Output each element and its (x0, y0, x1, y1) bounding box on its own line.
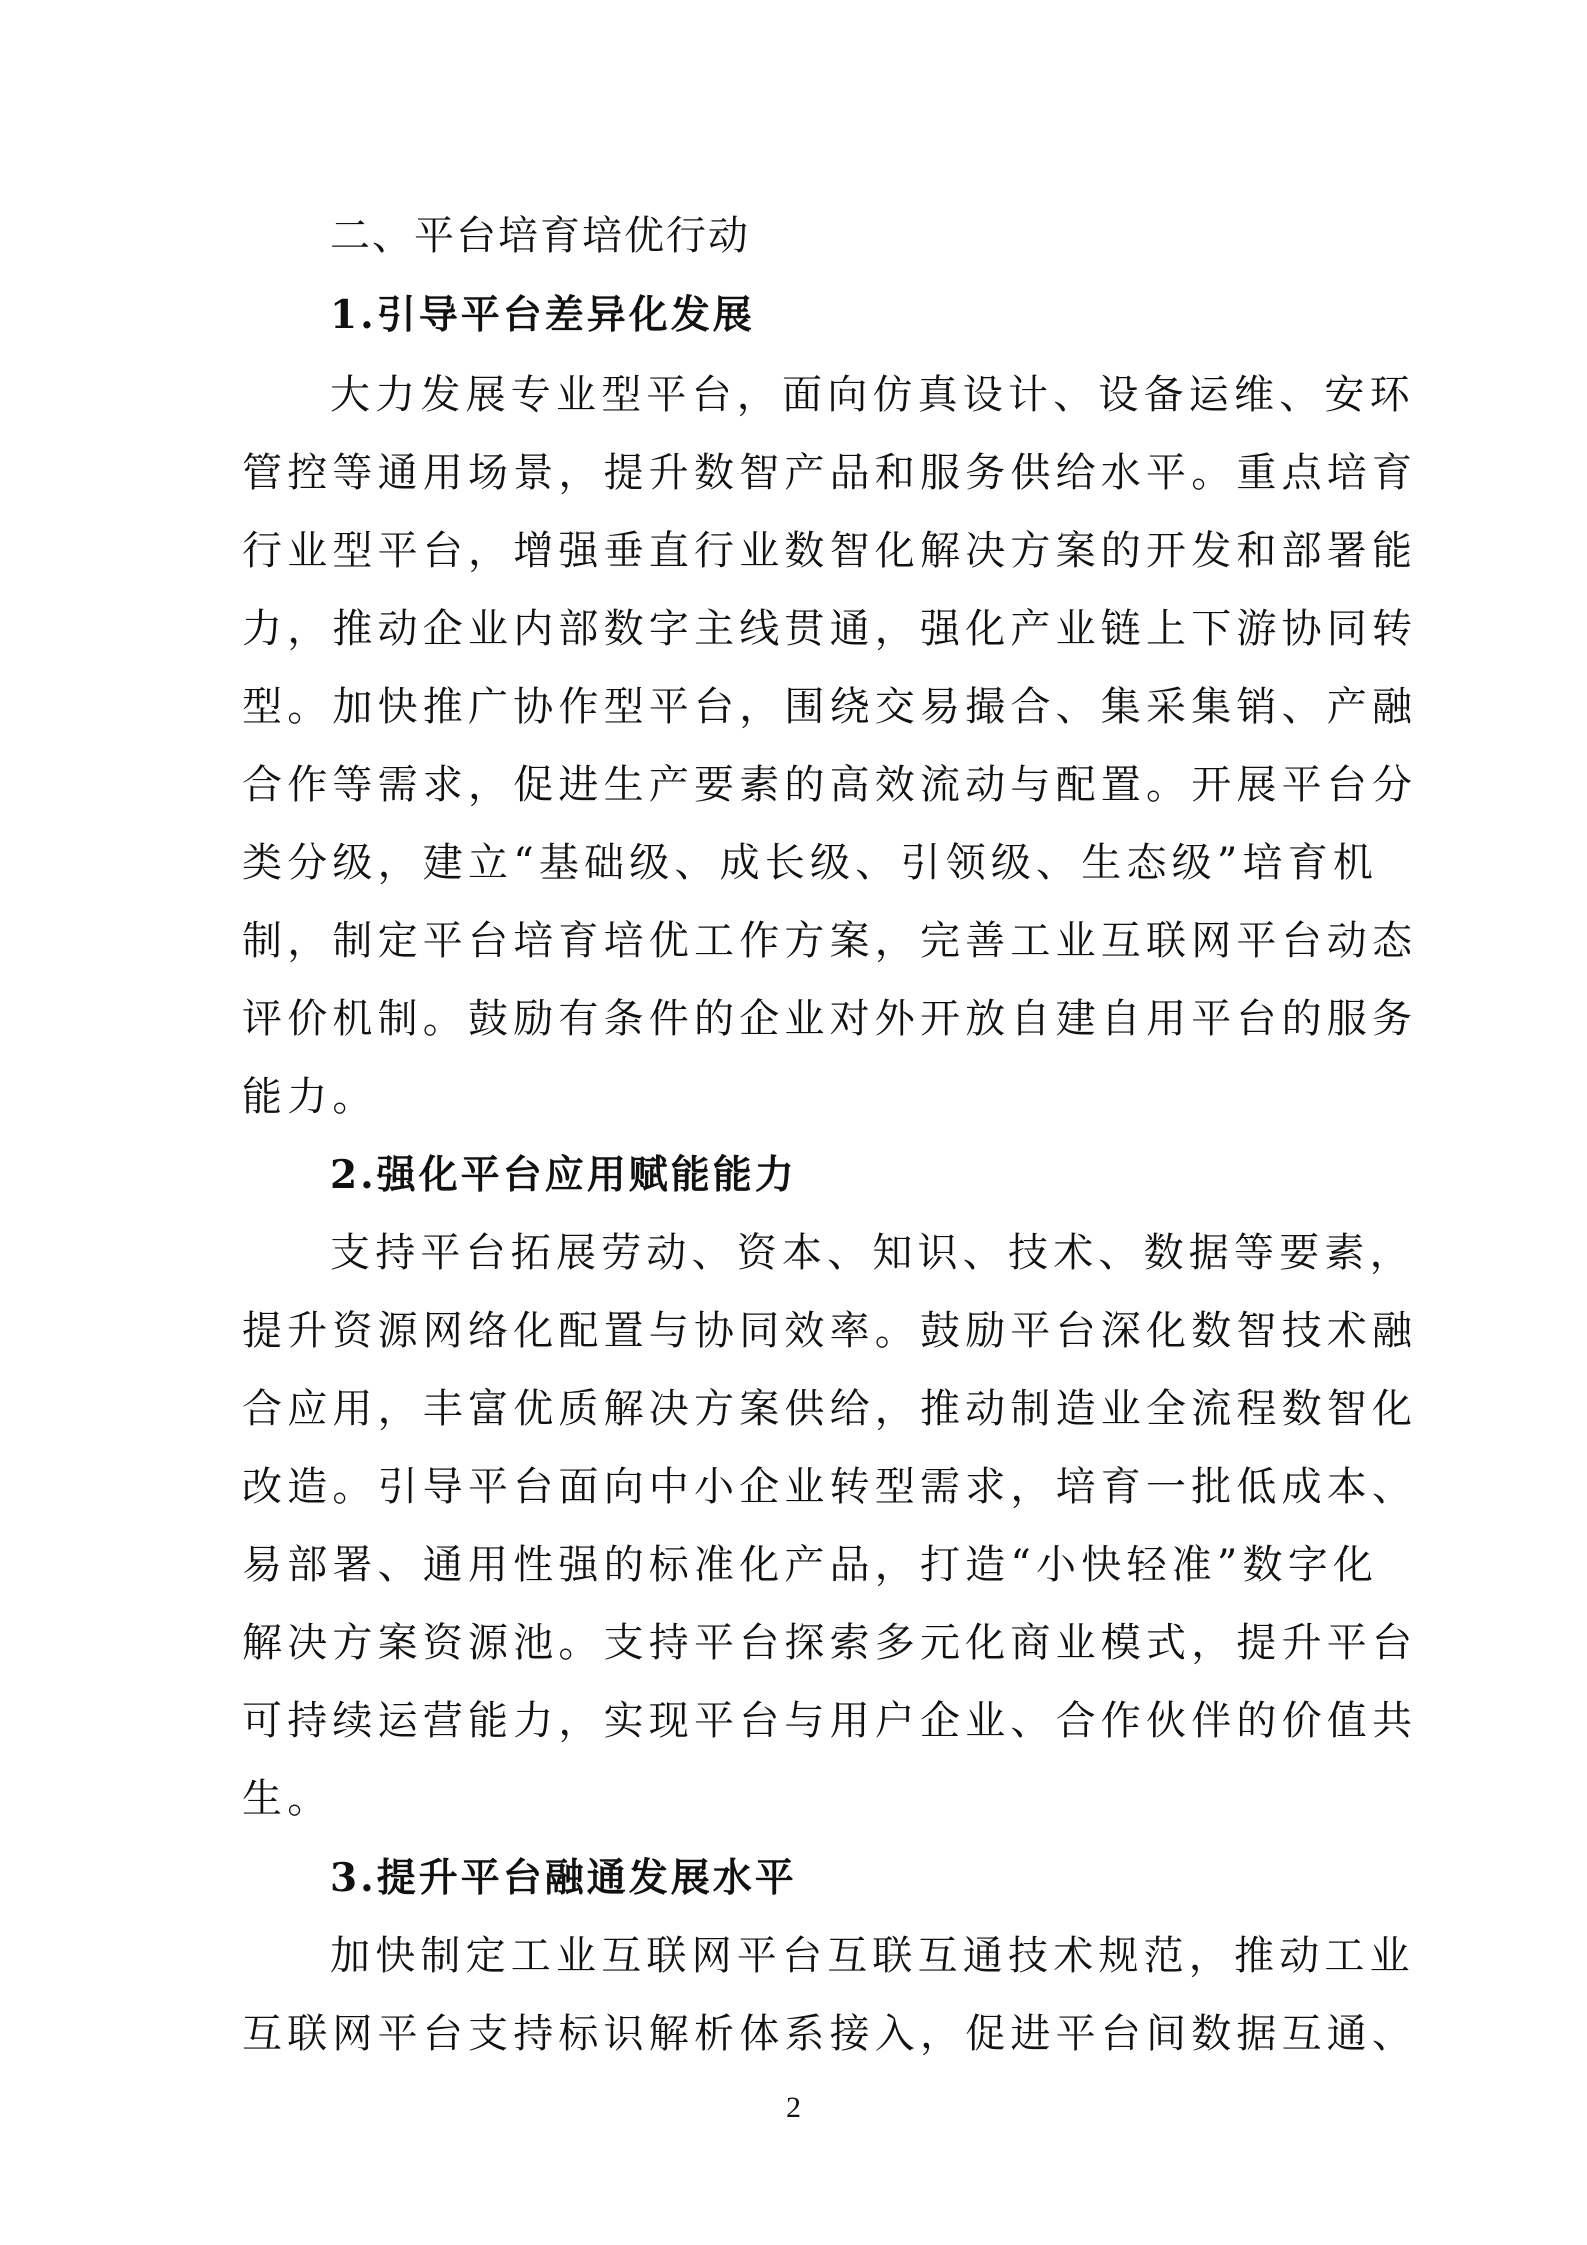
paragraph-line: 解决方案资源池。支持平台探索多元化商业模式，提升平台 (242, 1617, 1352, 1669)
paragraph-line: 提升资源网络化配置与协同效率。鼓励平台深化数智技术融 (242, 1305, 1352, 1357)
paragraph-line: 力，推动企业内部数字主线贯通，强化产业链上下游协同转 (242, 603, 1352, 655)
paragraph-line: 易部署、通用性强的标准化产品，打造“小快轻准”数字化 (242, 1539, 1352, 1591)
paragraph-line: 合作等需求，促进生产要素的高效流动与配置。开展平台分 (242, 759, 1352, 811)
paragraph-line: 改造。引导平台面向中小企业转型需求，培育一批低成本、 (242, 1461, 1352, 1513)
paragraph-line: 可持续运营能力，实现平台与用户企业、合作伙伴的价值共 (242, 1695, 1352, 1747)
paragraph-line: 支持平台拓展劳动、资本、知识、技术、数据等要素， (330, 1227, 1352, 1279)
subsection-heading-2: 2.强化平台应用赋能能力 (330, 1149, 1440, 1201)
section-heading: 二、平台培育培优行动 (330, 210, 1440, 262)
paragraph-line: 互联网平台支持标识解析体系接入，促进平台间数据互通、 (242, 2008, 1352, 2060)
paragraph-line: 管控等通用场景，提升数智产品和服务供给水平。重点培育 (242, 447, 1352, 499)
paragraph-line: 生。 (242, 1773, 1352, 1825)
paragraph-line: 类分级，建立“基础级、成长级、引领级、生态级”培育机 (242, 837, 1352, 889)
paragraph-line: 评价机制。鼓励有条件的企业对外开放自建自用平台的服务 (242, 993, 1352, 1045)
paragraph-line: 大力发展专业型平台，面向仿真设计、设备运维、安环 (330, 369, 1352, 421)
paragraph-line: 能力。 (242, 1071, 1352, 1123)
page-number: 2 (0, 2088, 1587, 2128)
paragraph-line: 合应用，丰富优质解决方案供给，推动制造业全流程数智化 (242, 1383, 1352, 1435)
paragraph-line: 行业型平台，增强垂直行业数智化解决方案的开发和部署能 (242, 525, 1352, 577)
paragraph-line: 制，制定平台培育培优工作方案，完善工业互联网平台动态 (242, 915, 1352, 967)
paragraph-line: 型。加快推广协作型平台，围绕交易撮合、集采集销、产融 (242, 681, 1352, 733)
paragraph-line: 加快制定工业互联网平台互联互通技术规范，推动工业 (330, 1930, 1352, 1982)
document-page: 二、平台培育培优行动 1.引导平台差异化发展 大力发展专业型平台，面向仿真设计、… (0, 0, 1587, 2245)
subsection-heading-1: 1.引导平台差异化发展 (330, 289, 1440, 341)
subsection-heading-3: 3.提升平台融通发展水平 (330, 1852, 1440, 1904)
